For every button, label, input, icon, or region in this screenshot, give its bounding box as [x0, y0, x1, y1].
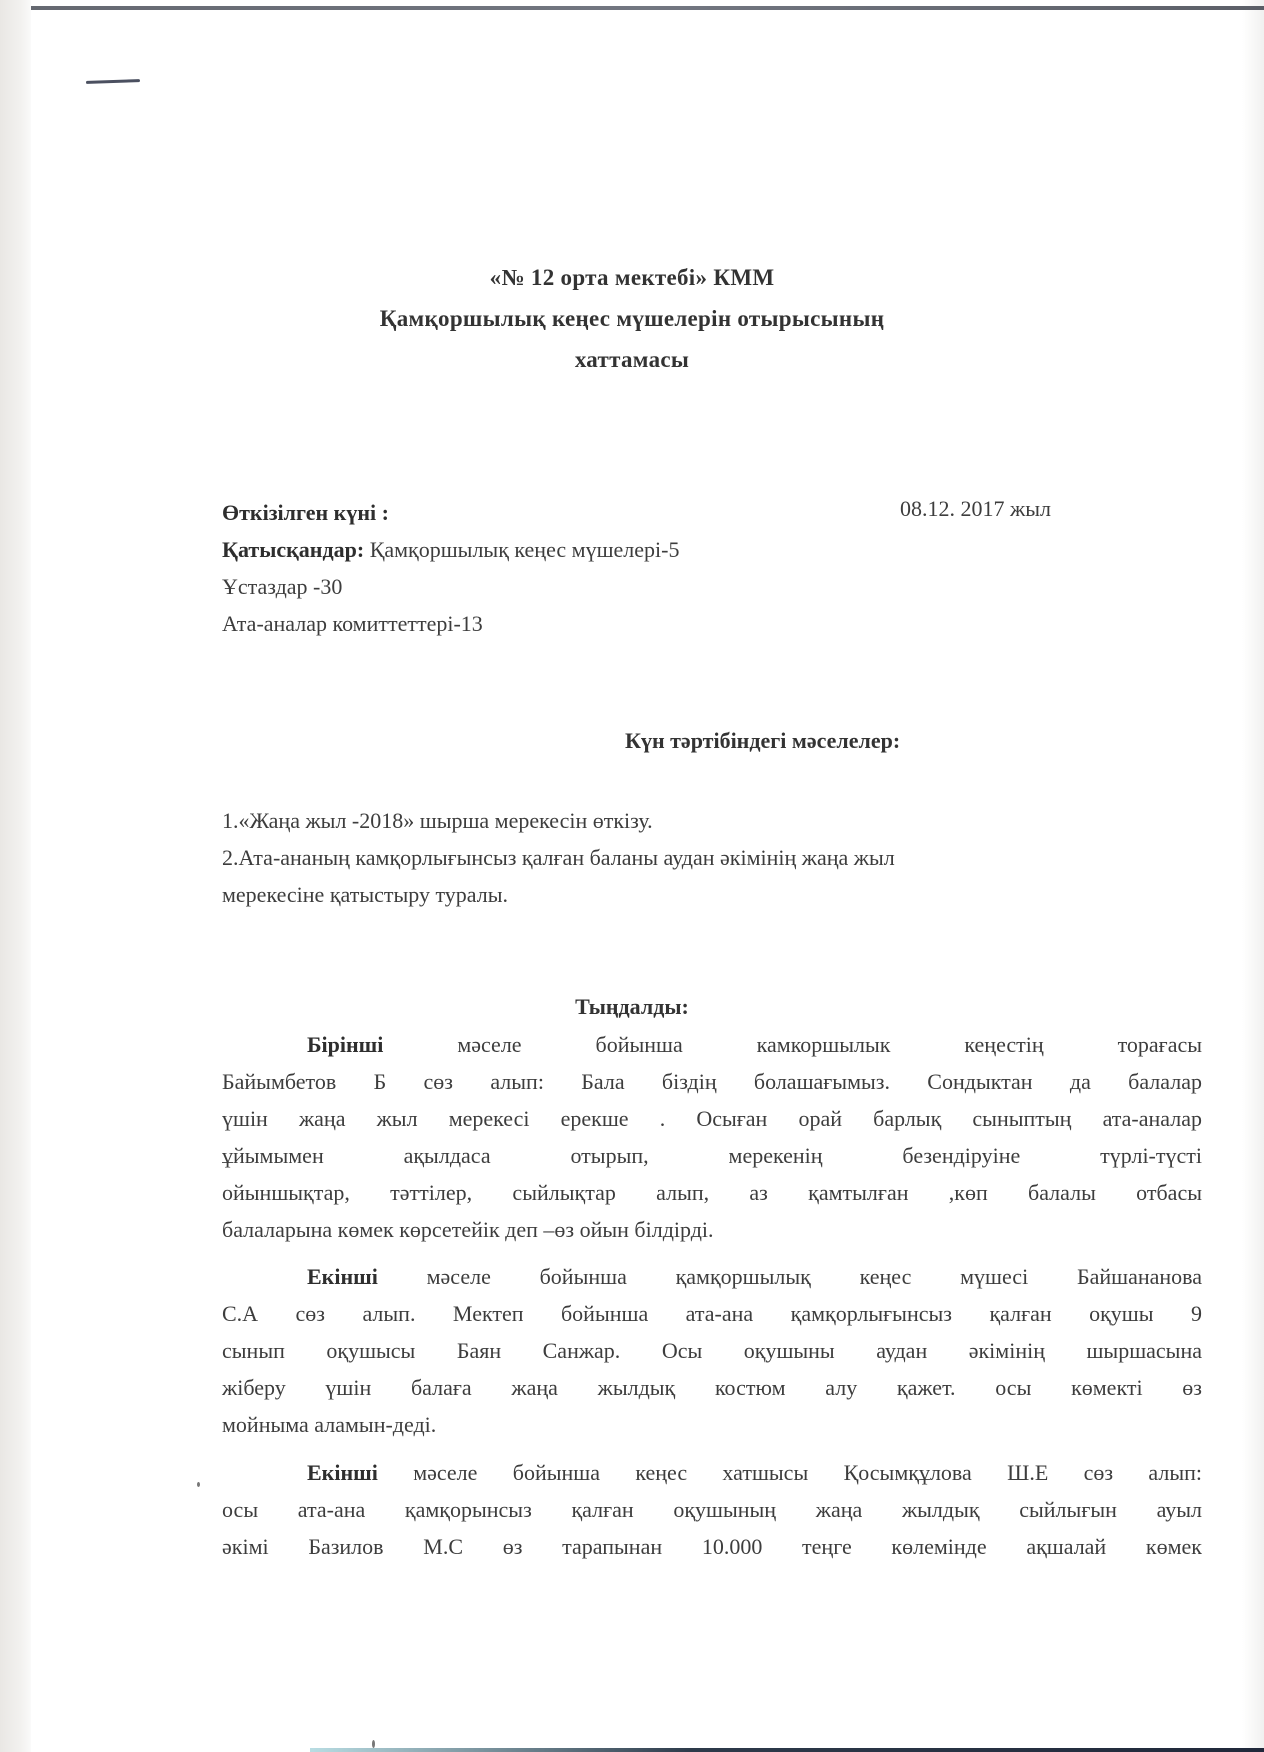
paragraph-3-line-2: осы ата-ана қамқорынсыз қалған оқушының …	[222, 1497, 1202, 1523]
participants-value: Қамқоршылық кеңес мүшелері-5	[370, 537, 680, 562]
agenda-item-1: 1.«Жаңа жыл -2018» шырша мерекесін өткіз…	[222, 808, 653, 834]
paragraph-1-line-3: үшін жаңа жыл мерекесі ерекше . Осыған о…	[222, 1106, 1202, 1132]
paragraph-2-lead: Екінші	[307, 1264, 378, 1289]
paragraph-2-line-5: мойныма аламын-деді.	[222, 1412, 1202, 1438]
paragraph-1-line-5: ойыншықтар, тәттілер, сыйлықтар алып, аз…	[222, 1180, 1202, 1206]
agenda-heading: Күн тәртібіндегі мәселелер:	[625, 728, 900, 754]
paragraph-1-line-6: балаларына көмек көрсетейік деп –өз ойын…	[222, 1217, 1202, 1243]
paragraph-2-line-3: сынып оқушысы Баян Санжар. Осы оқушыны а…	[222, 1338, 1202, 1364]
paragraph-3-lead: Екінші	[307, 1460, 378, 1485]
agenda-item-2-cont: мерекесіне қатыстыру туралы.	[222, 882, 508, 908]
document-page: «№ 12 орта мектебі» КММ Қамқоршылық кеңе…	[0, 0, 1264, 1752]
paragraph-1-lead: Бірінші	[307, 1032, 383, 1057]
paragraph-3-line-3: әкімі Базилов М.С өз тарапынан 10.000 те…	[222, 1534, 1202, 1560]
document-title: Қамқоршылық кеңес мүшелерін отырысының	[0, 306, 1264, 332]
paragraph-3-line-1: Екінші мәселе бойынша кеңес хатшысы Қосы…	[222, 1460, 1202, 1486]
paragraph-1-line-4: ұйымымен ақылдаса отырып, мерекенің безе…	[222, 1143, 1202, 1169]
paragraph-1-line-2: Байымбетов Б сөз алып: Бала біздің болаш…	[222, 1069, 1202, 1095]
agenda-item-2: 2.Ата-ананың камқорлығынсыз қалған балан…	[222, 845, 895, 871]
paragraph-2-line-2: С.А сөз алып. Мектеп бойынша ата-ана қам…	[222, 1301, 1202, 1327]
org-name: «№ 12 орта мектебі» КММ	[0, 265, 1264, 291]
date-value: 08.12. 2017 жыл	[900, 496, 1051, 522]
parent-committees-count: Ата-аналар комиттеттері-13	[222, 611, 483, 637]
heard-heading: Тыңдалды:	[0, 994, 1264, 1020]
participants-label: Қатысқандар:	[222, 537, 364, 562]
paragraph-2-line-1: Екінші мәселе бойынша қамқоршылық кеңес …	[222, 1264, 1202, 1290]
teachers-count: Ұстаздар -30	[222, 574, 342, 600]
paragraph-1-line-1: Бірінші мәселе бойынша камкоршылык кеңес…	[222, 1032, 1202, 1058]
participants-row: Қатысқандар: Қамқоршылық кеңес мүшелері-…	[222, 537, 679, 563]
paragraph-2-line-4: жіберу үшін балаға жаңа жылдық костюм ал…	[222, 1375, 1202, 1401]
date-label: Өткізілген күні :	[222, 500, 389, 526]
document-subtitle: хаттамасы	[0, 347, 1264, 373]
